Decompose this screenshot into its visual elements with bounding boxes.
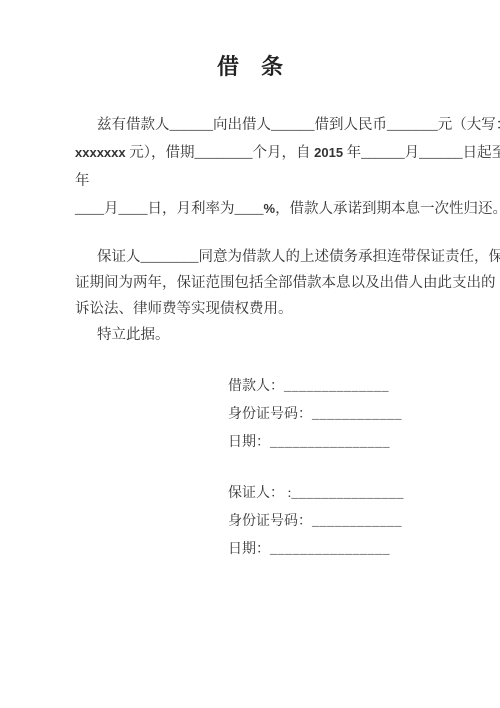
amount-caps-placeholder: xxxxxxx (75, 145, 126, 160)
guarantor-id-label: 身份证号码： (228, 514, 312, 529)
closing-statement: 特立此据。 (75, 322, 500, 348)
guarantor-date-row: 日期：________________ (228, 536, 404, 564)
guarantee-clause-line-3: 诉讼法、律师费等实现债权费用。 (75, 296, 500, 322)
borrower-name-blank: ______________ (284, 379, 389, 394)
document-title: 借 条 (0, 50, 500, 81)
guarantor-name-label: 保证人： : (228, 486, 291, 501)
guarantor-id-row: 身份证号码：____________ (228, 508, 404, 536)
loan-note-page: 借 条 兹有借款人______向出借人______借到人民币_______元（大… (0, 0, 500, 708)
loan-clause-line-4: ____月____日，月利率为____%，借款人承诺到期本息一次性归还。 (75, 195, 500, 223)
guarantor-name-blank: _______________ (291, 486, 404, 501)
borrower-signature-block: 借款人：______________ 身份证号码：____________ 日期… (228, 373, 402, 457)
year-value: 2015 (314, 145, 343, 160)
loan-clause-line-1: 兹有借款人______向出借人______借到人民币_______元（大写： (75, 111, 500, 139)
borrower-date-label: 日期： (228, 435, 270, 450)
guarantee-paragraph: 保证人________同意为借款人的上述债务承担连带保证责任，保 证期间为两年，… (75, 244, 500, 348)
borrower-id-label: 身份证号码： (228, 407, 312, 422)
loan-clause-line-3: 年 (75, 167, 500, 195)
loan-clause-segment: ____月____日，月利率为____ (75, 201, 264, 217)
borrower-id-blank: ____________ (312, 407, 402, 422)
borrower-name-row: 借款人：______________ (228, 373, 402, 401)
guarantor-date-blank: ________________ (270, 542, 390, 557)
guarantor-date-label: 日期： (228, 542, 270, 557)
borrower-date-blank: ________________ (270, 435, 390, 450)
guarantor-signature-block: 保证人： :_______________ 身份证号码：____________… (228, 480, 404, 564)
borrower-id-row: 身份证号码：____________ (228, 401, 402, 429)
loan-clause-line-2: xxxxxxx 元），借期________个月，自 2015 年______月_… (75, 139, 500, 167)
guarantor-name-row: 保证人： :_______________ (228, 480, 404, 508)
guarantor-id-blank: ____________ (312, 514, 402, 529)
borrower-name-label: 借款人： (228, 379, 284, 394)
guarantee-clause-line-2: 证期间为两年，保证范围包括全部借款本息以及出借人由此支出的 (75, 270, 500, 296)
percent-sign: % (264, 201, 276, 216)
loan-clause-segment: 年______月______日起至 (343, 145, 500, 161)
loan-terms-paragraph: 兹有借款人______向出借人______借到人民币_______元（大写： x… (75, 111, 500, 223)
loan-clause-segment: 元），借期________个月，自 (126, 145, 315, 161)
guarantee-clause-line-1: 保证人________同意为借款人的上述债务承担连带保证责任，保 (75, 244, 500, 270)
borrower-date-row: 日期：________________ (228, 429, 402, 457)
loan-clause-segment: ，借款人承诺到期本息一次性归还。 (275, 201, 500, 217)
